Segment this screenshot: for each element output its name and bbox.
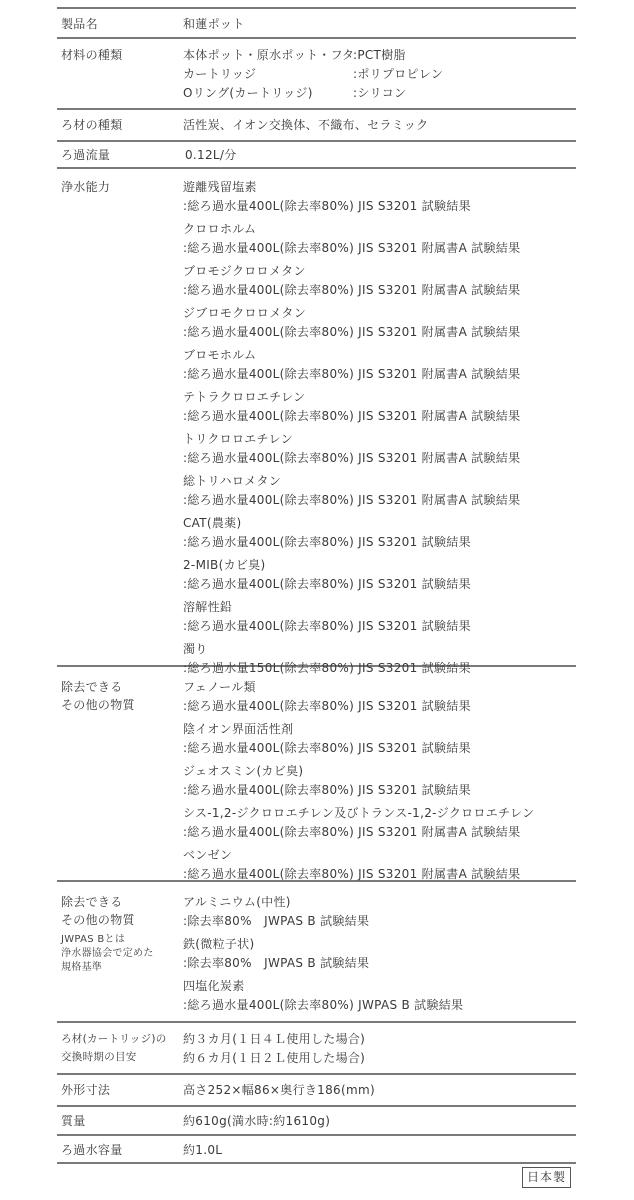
substance-name: 総トリハロメタン: [183, 472, 576, 491]
substance-name: トリクロロエチレン: [183, 430, 576, 449]
row-flow-rate: ろ過流量 0.12L/分: [57, 142, 576, 169]
substance-name: クロロホルム: [183, 220, 576, 239]
value-other-substances: フェノール類:総ろ過水量400L(除去率80%) JIS S3201 試験結果 …: [183, 678, 576, 880]
substance-name: テトラクロロエチレン: [183, 388, 576, 407]
row-cartridge-replacement: ろ材(カートリッジ)の 交換時期の目安 約３カ月(１日４Ｌ使用した場合) 約６カ…: [57, 1023, 576, 1075]
value-other-substances-jwpas: アルミニウム(中性):除去率80% JWPAS B 試験結果 鉄(微粒子状):除…: [183, 893, 576, 1021]
substance-result: :総ろ過水量400L(除去率80%) JIS S3201 附属書A 試験結果: [183, 823, 576, 842]
substance-name: 溶解性鉛: [183, 598, 576, 617]
substance-name: シス-1,2-ジクロロエチレン及びトランス-1,2-ジクロロエチレン: [183, 804, 576, 823]
label-capacity: ろ過水容量: [57, 1141, 183, 1162]
label-line: その他の物質: [61, 911, 183, 929]
substance-name: 陰イオン界面活性剤: [183, 720, 576, 739]
substance-name: 濁り: [183, 640, 576, 659]
purification-item: テトラクロロエチレン:総ろ過水量400L(除去率80%) JIS S3201 附…: [183, 388, 576, 426]
substance-result: :総ろ過水量400L(除去率80%) JIS S3201 附属書A 試験結果: [183, 239, 576, 258]
substance-result: :総ろ過水量400L(除去率80%) JIS S3201 試験結果: [183, 533, 576, 552]
row-other-substances: 除去できる その他の物質 フェノール類:総ろ過水量400L(除去率80%) JI…: [57, 667, 576, 882]
purification-item: 2-MIB(カビ臭):総ろ過水量400L(除去率80%) JIS S3201 試…: [183, 556, 576, 594]
label-weight: 質量: [57, 1112, 183, 1134]
substance-name: ジェオスミン(カビ臭): [183, 762, 576, 781]
row-filter-media: ろ材の種類 活性炭、イオン交換体、不織布、セラミック: [57, 110, 576, 142]
note-line: JWPAS Bとは: [61, 933, 183, 947]
label-other-substances: 除去できる その他の物質: [57, 678, 183, 880]
label-dimensions: 外形寸法: [57, 1081, 183, 1105]
material-type: :ポリプロピレン: [353, 65, 443, 84]
value-weight: 約610g(満水時:約1610g): [183, 1112, 576, 1134]
substance-result: :総ろ過水量400L(除去率80%) JIS S3201 試験結果: [183, 697, 576, 716]
label-materials: 材料の種類: [57, 46, 183, 108]
label-line: 交換時期の目安: [61, 1048, 183, 1066]
spec-table: 製品名 和蓮ポット 材料の種類 本体ポット・原水ポット・フタ :PCT樹脂 カー…: [57, 7, 576, 1164]
label-line: ろ材(カートリッジ)の: [61, 1030, 183, 1048]
row-capacity: ろ過水容量 約1.0L: [57, 1136, 576, 1164]
substance-name: アルミニウム(中性): [183, 893, 576, 912]
substance-result: :総ろ過水量400L(除去率80%) JIS S3201 試験結果: [183, 739, 576, 758]
material-part: Oリング(カートリッジ): [183, 84, 353, 103]
substance-result: :総ろ過水量400L(除去率80%) JIS S3201 附属書A 試験結果: [183, 865, 576, 884]
jwpas-note: JWPAS Bとは 浄水器協会で定めた 規格基準: [61, 933, 183, 975]
purification-item: 溶解性鉛:総ろ過水量400L(除去率80%) JIS S3201 試験結果: [183, 598, 576, 636]
purification-item: 濁り:総ろ過水量150L(除去率80%) JIS S3201 試験結果: [183, 640, 576, 678]
other-substance-item: フェノール類:総ろ過水量400L(除去率80%) JIS S3201 試験結果: [183, 678, 576, 716]
jwpas-substance-item: 四塩化炭素:総ろ過水量400L(除去率80%) JWPAS B 試験結果: [183, 977, 576, 1015]
label-flow-rate: ろ過流量: [57, 146, 183, 167]
row-materials: 材料の種類 本体ポット・原水ポット・フタ :PCT樹脂 カートリッジ :ポリプロ…: [57, 39, 576, 110]
substance-result: :総ろ過水量400L(除去率80%) JIS S3201 試験結果: [183, 197, 576, 216]
substance-result: :除去率80% JWPAS B 試験結果: [183, 912, 576, 931]
note-line: 浄水器協会で定めた: [61, 947, 183, 961]
value-capacity: 約1.0L: [183, 1141, 576, 1162]
row-dimensions: 外形寸法 高さ252×幅86×奥行き186(mm): [57, 1075, 576, 1107]
label-cartridge-replacement: ろ材(カートリッジ)の 交換時期の目安: [57, 1030, 183, 1073]
purification-item: トリクロロエチレン:総ろ過水量400L(除去率80%) JIS S3201 附属…: [183, 430, 576, 468]
substance-result: :総ろ過水量400L(除去率80%) JIS S3201 試験結果: [183, 781, 576, 800]
substance-result: :総ろ過水量400L(除去率80%) JIS S3201 附属書A 試験結果: [183, 323, 576, 342]
material-part: カートリッジ: [183, 65, 353, 84]
row-weight: 質量 約610g(満水時:約1610g): [57, 1107, 576, 1136]
substance-name: 2-MIB(カビ臭): [183, 556, 576, 575]
substance-name: 鉄(微粒子状): [183, 935, 576, 954]
material-item: 本体ポット・原水ポット・フタ :PCT樹脂: [183, 46, 576, 65]
substance-name: 遊離残留塩素: [183, 178, 576, 197]
substance-result: :総ろ過水量150L(除去率80%) JIS S3201 試験結果: [183, 659, 576, 678]
row-purification: 浄水能力 遊離残留塩素:総ろ過水量400L(除去率80%) JIS S3201 …: [57, 169, 576, 667]
substance-name: ブロモジクロロメタン: [183, 262, 576, 281]
value-filter-media: 活性炭、イオン交換体、不織布、セラミック: [183, 116, 576, 140]
value-product-name: 和蓮ポット: [183, 15, 576, 37]
note-line: 規格基準: [61, 961, 183, 975]
other-substance-item: ジェオスミン(カビ臭):総ろ過水量400L(除去率80%) JIS S3201 …: [183, 762, 576, 800]
material-type: :シリコン: [353, 84, 406, 103]
label-purification: 浄水能力: [57, 178, 183, 665]
material-item: カートリッジ :ポリプロピレン: [183, 65, 576, 84]
substance-result: :除去率80% JWPAS B 試験結果: [183, 954, 576, 973]
material-item: Oリング(カートリッジ) :シリコン: [183, 84, 576, 103]
other-substance-item: ベンゼン:総ろ過水量400L(除去率80%) JIS S3201 附属書A 試験…: [183, 846, 576, 884]
row-product-name: 製品名 和蓮ポット: [57, 9, 576, 39]
value-dimensions: 高さ252×幅86×奥行き186(mm): [183, 1081, 576, 1105]
value-line: 約６カ月(１日２Ｌ使用した場合): [183, 1049, 576, 1068]
purification-item: 総トリハロメタン:総ろ過水量400L(除去率80%) JIS S3201 附属書…: [183, 472, 576, 510]
substance-name: ブロモホルム: [183, 346, 576, 365]
label-line: その他の物質: [61, 696, 183, 714]
other-substance-item: 陰イオン界面活性剤:総ろ過水量400L(除去率80%) JIS S3201 試験…: [183, 720, 576, 758]
value-flow-rate: 0.12L/分: [183, 146, 576, 167]
jwpas-substance-item: 鉄(微粒子状):除去率80% JWPAS B 試験結果: [183, 935, 576, 973]
substance-result: :総ろ過水量400L(除去率80%) JIS S3201 附属書A 試験結果: [183, 407, 576, 426]
made-in-japan-badge: 日本製: [522, 1167, 571, 1188]
label-line: 除去できる: [61, 893, 183, 911]
label-line: 除去できる: [61, 678, 183, 696]
label-filter-media: ろ材の種類: [57, 116, 183, 140]
purification-item: クロロホルム:総ろ過水量400L(除去率80%) JIS S3201 附属書A …: [183, 220, 576, 258]
material-type: :PCT樹脂: [353, 46, 406, 65]
substance-result: :総ろ過水量400L(除去率80%) JWPAS B 試験結果: [183, 996, 576, 1015]
label-other-substances-jwpas: 除去できる その他の物質 JWPAS Bとは 浄水器協会で定めた 規格基準: [57, 893, 183, 1021]
substance-name: CAT(農薬): [183, 514, 576, 533]
other-substance-item: シス-1,2-ジクロロエチレン及びトランス-1,2-ジクロロエチレン:総ろ過水量…: [183, 804, 576, 842]
origin-badge-wrap: 日本製: [522, 1167, 571, 1188]
substance-result: :総ろ過水量400L(除去率80%) JIS S3201 附属書A 試験結果: [183, 491, 576, 510]
value-materials: 本体ポット・原水ポット・フタ :PCT樹脂 カートリッジ :ポリプロピレン Oリ…: [183, 46, 576, 108]
purification-item: ブロモジクロロメタン:総ろ過水量400L(除去率80%) JIS S3201 附…: [183, 262, 576, 300]
label-product-name: 製品名: [57, 15, 183, 37]
substance-result: :総ろ過水量400L(除去率80%) JIS S3201 附属書A 試験結果: [183, 281, 576, 300]
jwpas-substance-item: アルミニウム(中性):除去率80% JWPAS B 試験結果: [183, 893, 576, 931]
substance-name: 四塩化炭素: [183, 977, 576, 996]
material-part: 本体ポット・原水ポット・フタ: [183, 46, 353, 65]
value-purification: 遊離残留塩素:総ろ過水量400L(除去率80%) JIS S3201 試験結果 …: [183, 178, 576, 665]
value-cartridge-replacement: 約３カ月(１日４Ｌ使用した場合) 約６カ月(１日２Ｌ使用した場合): [183, 1030, 576, 1073]
substance-name: ジブロモクロロメタン: [183, 304, 576, 323]
substance-result: :総ろ過水量400L(除去率80%) JIS S3201 試験結果: [183, 575, 576, 594]
purification-item: 遊離残留塩素:総ろ過水量400L(除去率80%) JIS S3201 試験結果: [183, 178, 576, 216]
purification-item: ブロモホルム:総ろ過水量400L(除去率80%) JIS S3201 附属書A …: [183, 346, 576, 384]
substance-result: :総ろ過水量400L(除去率80%) JIS S3201 附属書A 試験結果: [183, 449, 576, 468]
purification-item: ジブロモクロロメタン:総ろ過水量400L(除去率80%) JIS S3201 附…: [183, 304, 576, 342]
row-other-substances-jwpas: 除去できる その他の物質 JWPAS Bとは 浄水器協会で定めた 規格基準 アル…: [57, 882, 576, 1023]
substance-name: フェノール類: [183, 678, 576, 697]
purification-item: CAT(農薬):総ろ過水量400L(除去率80%) JIS S3201 試験結果: [183, 514, 576, 552]
substance-result: :総ろ過水量400L(除去率80%) JIS S3201 附属書A 試験結果: [183, 365, 576, 384]
substance-name: ベンゼン: [183, 846, 576, 865]
value-line: 約３カ月(１日４Ｌ使用した場合): [183, 1030, 576, 1049]
substance-result: :総ろ過水量400L(除去率80%) JIS S3201 試験結果: [183, 617, 576, 636]
